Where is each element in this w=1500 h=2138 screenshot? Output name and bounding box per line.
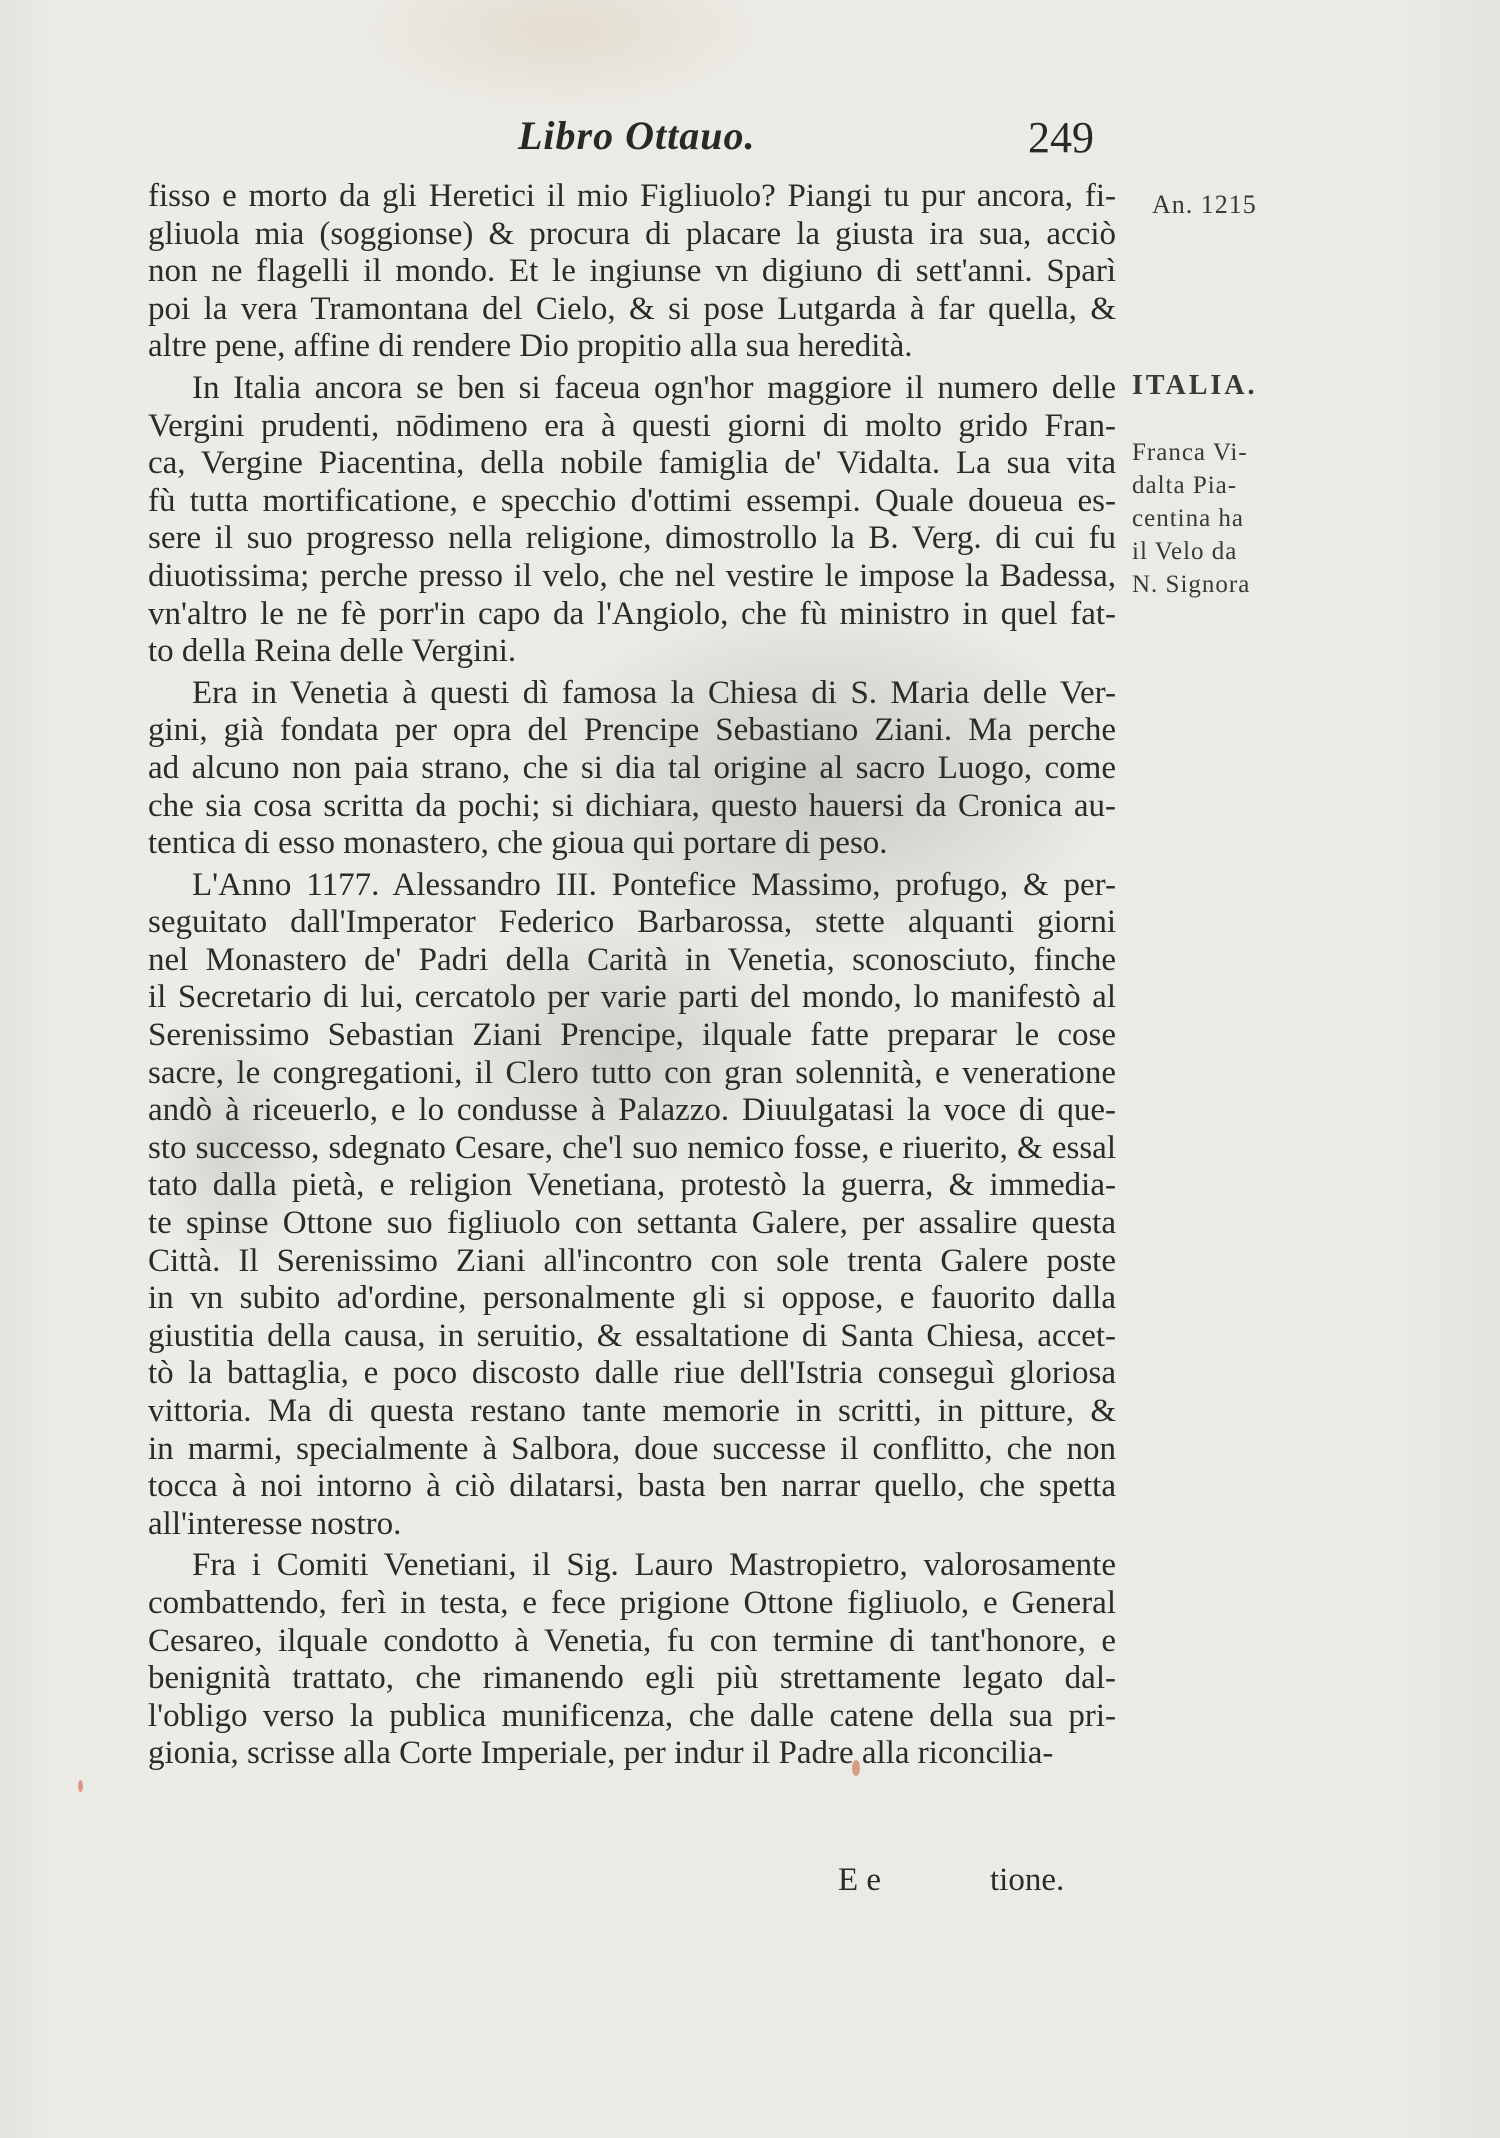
text-line: tentica di esso monastero, che gioua qui… (148, 825, 1116, 863)
paragraph: L'Anno 1177. Alessandro III. Pontefice M… (148, 867, 1116, 1544)
margin-note-heading: ITALIA. (1132, 370, 1258, 402)
text-line: poi la vera Tramontana del Cielo, & si p… (148, 291, 1116, 329)
text-line: tato dalla pietà, e religion Venetiana, … (148, 1167, 1116, 1205)
text-line: nel Monastero de' Padri della Carità in … (148, 942, 1116, 980)
text-line: fisso e morto da gli Heretici il mio Fig… (148, 178, 1116, 216)
text-line: gliuola mia (soggionse) & procura di pla… (148, 216, 1116, 254)
text-line: In Italia ancora se ben si faceua ogn'ho… (148, 370, 1116, 408)
text-line: vn'altro le ne fè porr'in capo da l'Angi… (148, 596, 1116, 634)
text-line: Era in Venetia à questi dì famosa la Chi… (148, 675, 1116, 713)
text-line: ca, Vergine Piacentina, della nobile fam… (148, 445, 1116, 483)
paragraph: fisso e morto da gli Heretici il mio Fig… (148, 178, 1116, 366)
text-line: to della Reina delle Vergini. (148, 633, 1116, 671)
text-line: sere il suo progresso nella religione, d… (148, 520, 1116, 558)
page-header: Libro Ottauo. 249 (0, 112, 1500, 162)
text-line: l'obligo verso la publica munificenza, c… (148, 1698, 1116, 1736)
page-number: 249 (1028, 112, 1094, 163)
text-line: altre pene, affine di rendere Dio propit… (148, 328, 1116, 366)
text-line: Cesareo, ilquale condotto à Venetia, fu … (148, 1623, 1116, 1661)
text-line: sto successo, sdegnato Cesare, che'l suo… (148, 1130, 1116, 1168)
text-line: in vn subito ad'ordine, personalmente gl… (148, 1280, 1116, 1318)
margin-note-body: Franca Vi- dalta Pia- centina ha il Velo… (1132, 436, 1250, 601)
margin-note-year: An. 1215 (1152, 190, 1257, 220)
margin-note-line: il Velo da (1132, 535, 1250, 568)
margin-note-line: dalta Pia- (1132, 469, 1250, 502)
text-line: il Secretario di lui, cercatolo per vari… (148, 979, 1116, 1017)
text-line: Fra i Comiti Venetiani, il Sig. Lauro Ma… (148, 1547, 1116, 1585)
book-page: Libro Ottauo. 249 fisso e morto da gli H… (0, 0, 1500, 2138)
foxing-spot (78, 1780, 83, 1792)
text-line: vittoria. Ma di questa restano tante mem… (148, 1393, 1116, 1431)
text-line: tocca à noi intorno à ciò dilatarsi, bas… (148, 1468, 1116, 1506)
catchword: tione. (990, 1862, 1064, 1899)
text-line: andò à riceuerlo, e lo condusse à Palazz… (148, 1092, 1116, 1130)
paragraph: Era in Venetia à questi dì famosa la Chi… (148, 675, 1116, 863)
text-line: che sia cosa scritta da pochi; si dichia… (148, 788, 1116, 826)
text-line: seguitato dall'Imperator Federico Barbar… (148, 904, 1116, 942)
paragraph: In Italia ancora se ben si faceua ogn'ho… (148, 370, 1116, 671)
text-line: Vergini prudenti, nōdimeno era à questi … (148, 408, 1116, 446)
text-line: non ne flagelli il mondo. Et le ingiunse… (148, 253, 1116, 291)
text-line: gionia, scrisse alla Corte Imperiale, pe… (148, 1735, 1116, 1773)
text-line: all'interesse nostro. (148, 1506, 1116, 1544)
text-line: fù tutta mortificatione, e specchio d'ot… (148, 483, 1116, 521)
text-line: in marmi, specialmente à Salbora, doue s… (148, 1431, 1116, 1469)
text-line: combattendo, ferì in testa, e fece prigi… (148, 1585, 1116, 1623)
text-line: diuotissima; perche presso il velo, che … (148, 558, 1116, 596)
text-line: benignità trattato, che rimanendo egli p… (148, 1660, 1116, 1698)
paragraph: Fra i Comiti Venetiani, il Sig. Lauro Ma… (148, 1547, 1116, 1773)
running-title: Libro Ottauo. (518, 112, 755, 159)
margin-note-line: N. Signora (1132, 568, 1250, 601)
text-line: sacre, le congregationi, il Clero tutto … (148, 1055, 1116, 1093)
text-line: Serenissimo Sebastian Ziani Prencipe, il… (148, 1017, 1116, 1055)
text-line: gini, già fondata per opra del Prencipe … (148, 712, 1116, 750)
foxing-spot (852, 1760, 860, 1776)
margin-note-line: centina ha (1132, 502, 1250, 535)
text-line: ad alcuno non paia strano, che si dia ta… (148, 750, 1116, 788)
text-line: giustitia della causa, in seruitio, & es… (148, 1318, 1116, 1356)
signature-mark: E e (838, 1862, 881, 1899)
text-line: tò la battaglia, e poco discosto dalle r… (148, 1355, 1116, 1393)
text-line: L'Anno 1177. Alessandro III. Pontefice M… (148, 867, 1116, 905)
text-line: te spinse Ottone suo figliuolo con setta… (148, 1205, 1116, 1243)
margin-note-line: Franca Vi- (1132, 436, 1250, 469)
text-line: Città. Il Serenissimo Ziani all'incontro… (148, 1243, 1116, 1281)
main-text-block: fisso e morto da gli Heretici il mio Fig… (148, 178, 1116, 1773)
